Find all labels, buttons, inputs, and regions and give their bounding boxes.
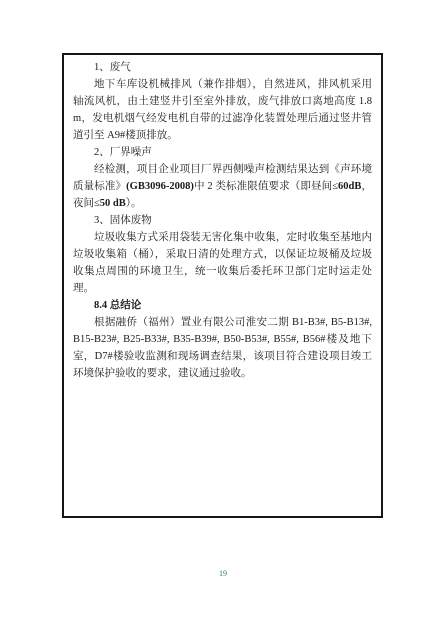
night-limit-value: 50 dB (100, 198, 126, 209)
conclusion-paragraph: 根据融侨（福州）置业有限公司淮安二期 B1-B3#, B5-B13#, B15-… (73, 314, 372, 382)
item2-heading: 2、厂界噪声 (73, 144, 372, 161)
item1-paragraph: 地下车库设机械排风（兼作排烟），自然进风，排风机采用轴流风机，由土建竖井引至室外… (73, 76, 372, 144)
item3-heading: 3、固体废物 (73, 212, 372, 229)
document-page: 1、废气 地下车库设机械排风（兼作排烟），自然进风，排风机采用轴流风机，由土建竖… (0, 0, 446, 630)
section-heading: 8.4 总结论 (73, 297, 372, 314)
page-number: 19 (0, 569, 446, 578)
item3-paragraph: 垃圾收集方式采用袋装无害化集中收集，定时收集至基地内垃圾收集箱（桶），采取日清的… (73, 229, 372, 297)
item2-text-tail: ）。 (126, 198, 142, 209)
item1-heading: 1、废气 (73, 59, 372, 76)
item2-text-mid: 中 2 类标准限值要求（即昼间≤ (194, 181, 338, 192)
content-table-cell: 1、废气 地下车库设机械排风（兼作排烟），自然进风，排风机采用轴流风机，由土建竖… (62, 53, 383, 518)
item2-paragraph: 经检测，项目企业项目厂界西侧噪声检测结果达到《声环境质量标准》(GB3096-2… (73, 161, 372, 212)
daytime-limit-value: 60dB (338, 181, 361, 192)
gb-standard-code: (GB3096-2008) (126, 181, 194, 192)
